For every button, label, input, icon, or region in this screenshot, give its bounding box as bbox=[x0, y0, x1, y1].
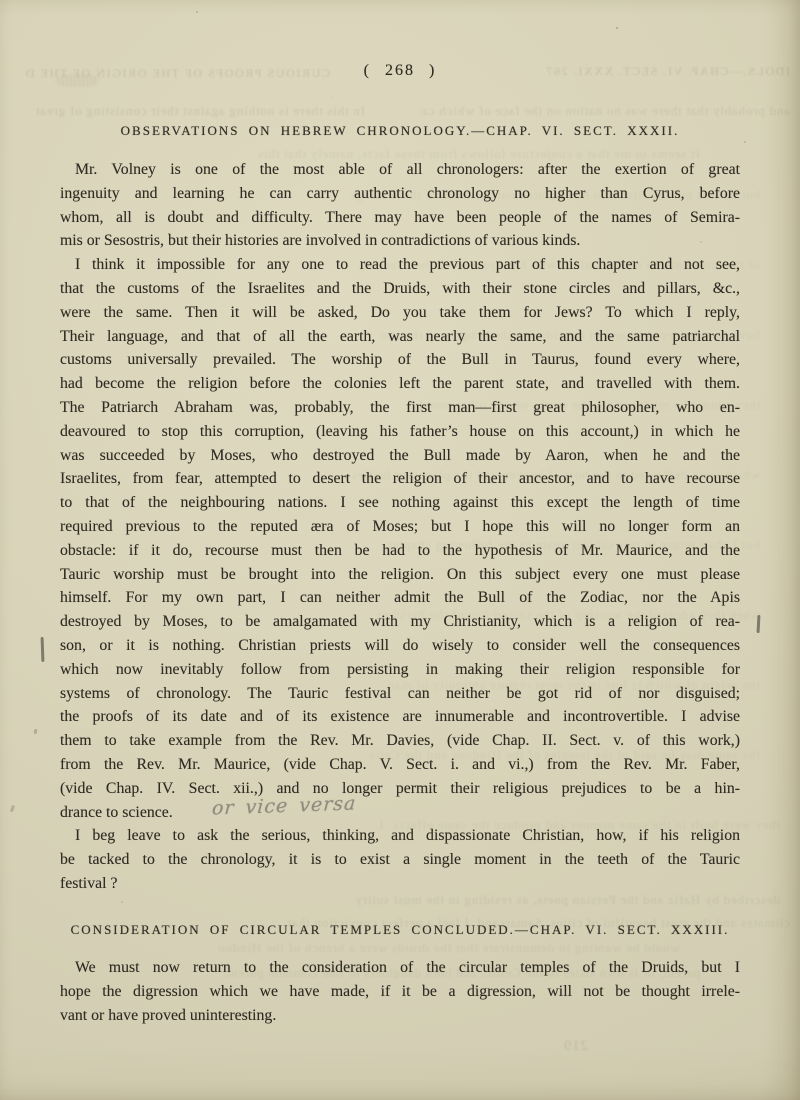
showthrough-text: 219 bbox=[538, 1038, 588, 1055]
showthrough-text: In this there is nothing against their c… bbox=[30, 104, 365, 118]
body-line: Mr. Volney is one of the most able of al… bbox=[60, 158, 740, 182]
body-line: drance to science. bbox=[60, 801, 740, 825]
pencil-smudge bbox=[55, 74, 99, 87]
paper-speckles bbox=[0, 0, 2, 2]
body-line: which now inevitably follow from persist… bbox=[60, 658, 740, 682]
book-page: CURIOUS PROOFS OF THE ORIGIN OF THE DRUI… bbox=[0, 0, 800, 1100]
body-line: I think it impossible for any one to rea… bbox=[60, 253, 740, 277]
body-line: deavoured to stop this corruption, (leav… bbox=[60, 420, 740, 444]
body-line: had become the religion before the colon… bbox=[60, 372, 740, 396]
body-line: I beg leave to ask the serious, thinking… bbox=[60, 824, 740, 848]
body-line: vant or have proved uninteresting. bbox=[60, 1004, 740, 1028]
body-line: that the customs of the Israelites and t… bbox=[60, 277, 740, 301]
body-line: Israelites, from fear, attempted to dese… bbox=[60, 467, 740, 491]
section-heading-xxxiii: CONSIDERATION OF CIRCULAR TEMPLES CONCLU… bbox=[0, 922, 800, 938]
body-line: Their language, and that of all the eart… bbox=[60, 325, 740, 349]
body-line: destroyed by Moses, to be amalgamated wi… bbox=[60, 610, 740, 634]
body-line: hope the digression which we have made, … bbox=[60, 980, 740, 1004]
body-line: required previous to the reputed æra of … bbox=[60, 515, 740, 539]
showthrough-text: would be wanting to demonstrate that the… bbox=[120, 941, 680, 955]
body-line: were the same. Then it will be asked, Do… bbox=[60, 301, 740, 325]
body-line: festival ? bbox=[60, 872, 740, 896]
body-line: was succeeded by Moses, who destroyed th… bbox=[60, 444, 740, 468]
section-heading-xxxii: OBSERVATIONS ON HEBREW CHRONOLOGY.—CHAP.… bbox=[0, 123, 800, 139]
body-line: be tacked to the chronology, it is to ex… bbox=[60, 848, 740, 872]
body-line: himself. For my own part, I can neither … bbox=[60, 586, 740, 610]
body-line: We must now return to the consideration … bbox=[60, 956, 740, 980]
body-line: ingenuity and learning he can carry auth… bbox=[60, 182, 740, 206]
body-line: whom, all is doubt and difficulty. There… bbox=[60, 206, 740, 230]
body-line: mis or Sesostris, but their histories ar… bbox=[60, 229, 740, 253]
body-line: The Patriarch Abraham was, probably, the… bbox=[60, 396, 740, 420]
body-line: from the Rev. Mr. Maurice, (vide Chap. V… bbox=[60, 753, 740, 777]
body-line: obstacle: if it do, recourse must then b… bbox=[60, 539, 740, 563]
page-number: ( 268 ) bbox=[0, 62, 800, 80]
body-line: (vide Chap. IV. Sect. xii.,) and no long… bbox=[60, 777, 740, 801]
text-block-1: Mr. Volney is one of the most able of al… bbox=[60, 158, 740, 896]
body-line: the proofs of its date and of its existe… bbox=[60, 705, 740, 729]
body-line: to that of the neighbouring nations. I s… bbox=[60, 491, 740, 515]
body-line: systems of chronology. The Tauric festiv… bbox=[60, 682, 740, 706]
body-line: son, or it is nothing. Christian priests… bbox=[60, 634, 740, 658]
showthrough-text: and probably that there was no nation on… bbox=[420, 104, 790, 118]
body-line: them to take example from the Rev. Mr. D… bbox=[60, 729, 740, 753]
text-block-2: We must now return to the consideration … bbox=[60, 956, 740, 1027]
body-line: customs universally prevailed. The worsh… bbox=[60, 348, 740, 372]
body-line: Tauric worship must be brought into the … bbox=[60, 563, 740, 587]
